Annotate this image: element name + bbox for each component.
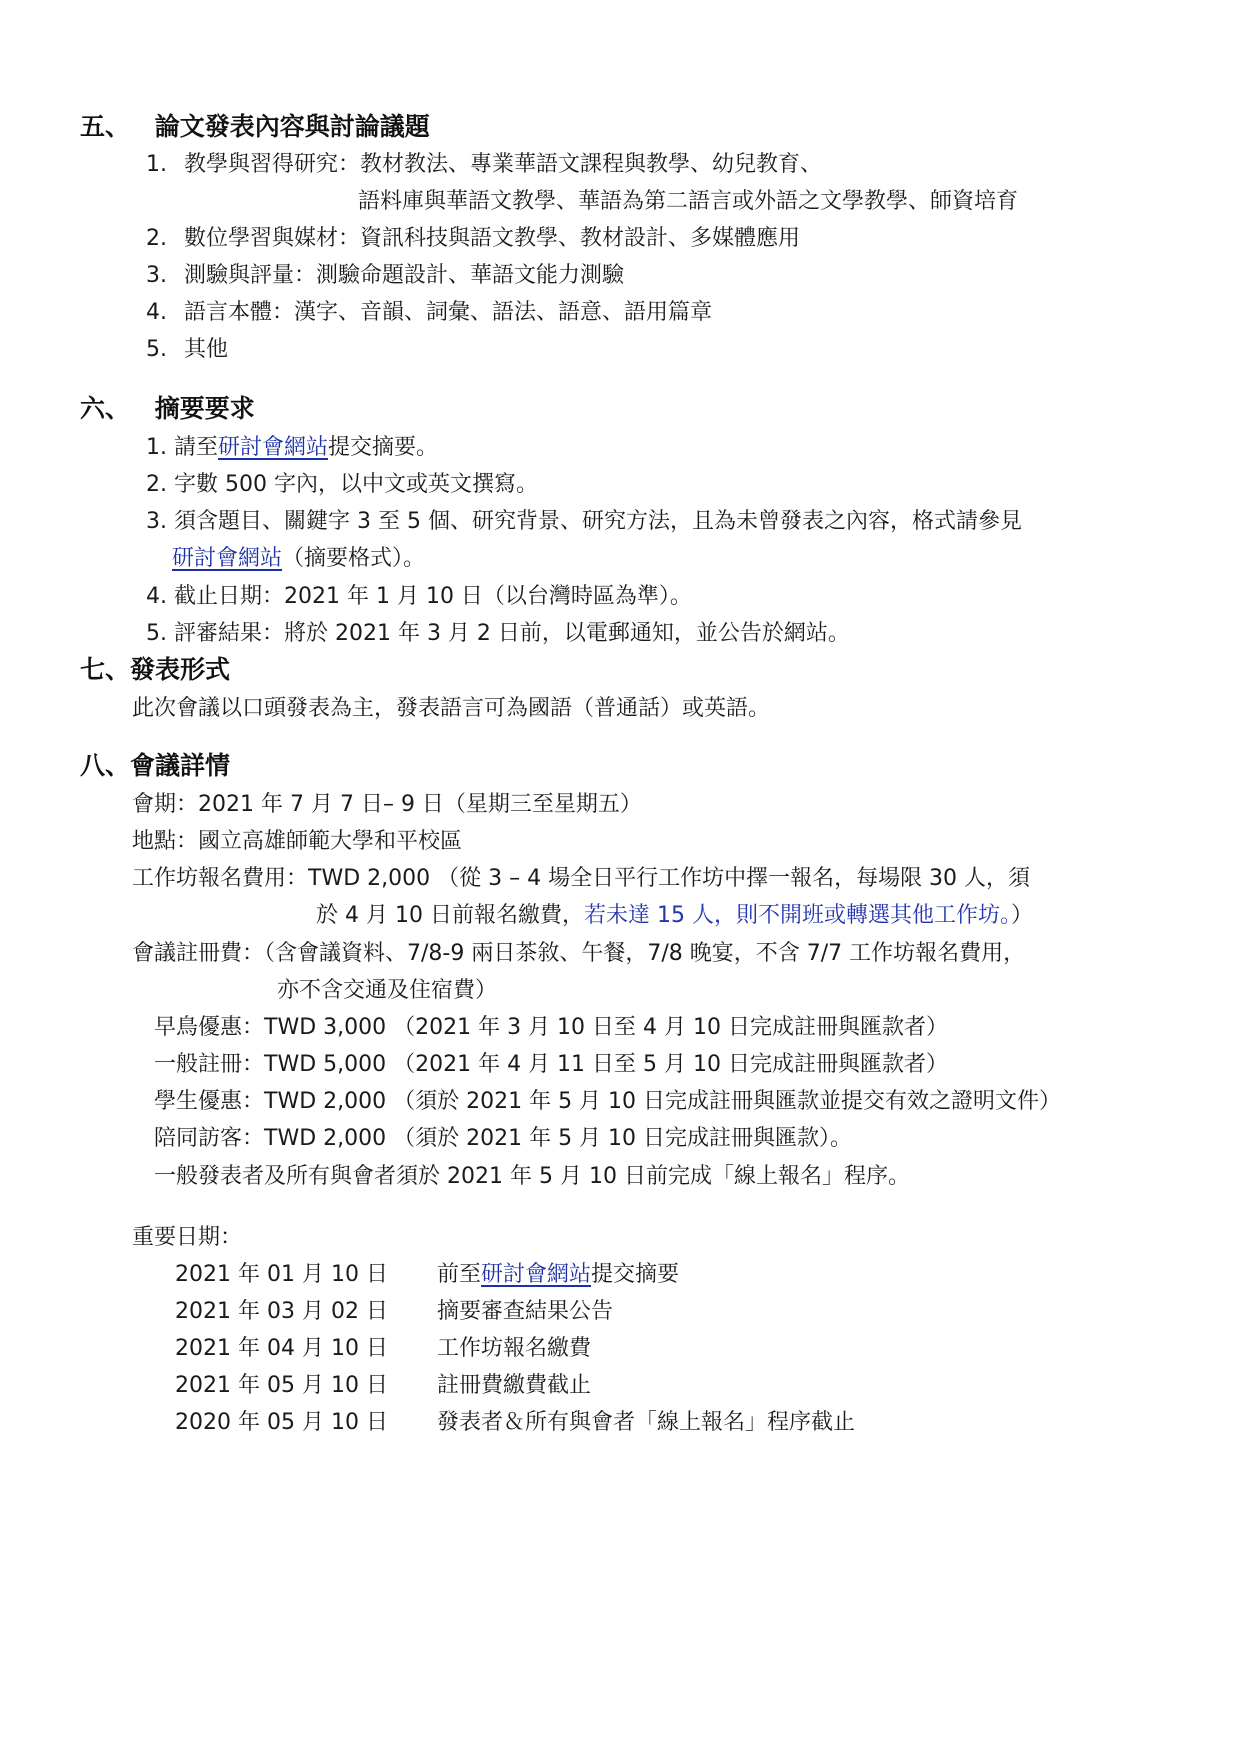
conference-website-link[interactable]: 研討會網站 bbox=[218, 435, 328, 460]
important-date-row: 2021 年 03 月 02 日摘要審查結果公告 bbox=[175, 1297, 613, 1327]
item-number: 4. bbox=[146, 300, 167, 325]
item-text: 教學與習得研究：教材教法、專業華語文課程與教學、幼兒教育、 bbox=[184, 152, 822, 177]
section-5-title: 論文發表內容與討論議題 bbox=[155, 112, 430, 141]
date-description: 摘要審查結果公告 bbox=[437, 1299, 613, 1324]
fee-student: 學生優惠：TWD 2,000 （須於 2021 年 5 月 10 日完成註冊與匯… bbox=[154, 1087, 1061, 1117]
list-item: 4. 語言本體：漢字、音韻、詞彙、語法、語意、語用篇章 bbox=[146, 298, 712, 328]
item-number: 2. bbox=[146, 226, 167, 251]
section-7-heading: 七、發表形式 bbox=[80, 655, 230, 685]
list-item: 3. 測驗與評量：測驗命題設計、華語文能力測驗 bbox=[146, 261, 624, 291]
section-7-body: 此次會議以口頭發表為主，發表語言可為國語（普通話）或英語。 bbox=[132, 694, 770, 724]
section-5-heading: 五、 論文發表內容與討論議題 bbox=[80, 112, 430, 142]
conference-venue: 地點：國立高雄師範大學和平校區 bbox=[132, 827, 462, 857]
date: 2020 年 05 月 10 日 bbox=[175, 1408, 437, 1438]
item-number: 3. bbox=[146, 263, 167, 288]
date-description: 註冊費繳費截止 bbox=[437, 1373, 591, 1398]
registration-fee-continuation: 亦不含交通及住宿費） bbox=[277, 976, 497, 1006]
item-text: 1. 請至 bbox=[146, 435, 218, 460]
date: 2021 年 01 月 10 日 bbox=[175, 1260, 437, 1290]
list-item: 1. 教學與習得研究：教材教法、專業華語文課程與教學、幼兒教育、 bbox=[146, 150, 822, 180]
item-text: 語言本體：漢字、音韻、詞彙、語法、語意、語用篇章 bbox=[184, 300, 712, 325]
list-item: 4. 截止日期：2021 年 1 月 10 日（以台灣時區為準）。 bbox=[146, 582, 692, 612]
item-number: 1. bbox=[146, 152, 167, 177]
date: 2021 年 03 月 02 日 bbox=[175, 1297, 437, 1327]
important-dates-label: 重要日期： bbox=[132, 1223, 242, 1253]
list-item-continuation: 語料庫與華語文教學、華語為第二語言或外語之文學教學、師資培育 bbox=[358, 187, 1018, 217]
registration-fee: 會議註冊費：（含會議資料、7/8-9 兩日茶敘、午餐，7/8 晚宴，不含 7/7… bbox=[132, 939, 1025, 969]
item-number: 5. bbox=[146, 337, 167, 362]
important-date-row: 2021 年 01 月 10 日前至研討會網站提交摘要 bbox=[175, 1260, 679, 1290]
important-date-row: 2021 年 04 月 10 日工作坊報名繳費 bbox=[175, 1334, 591, 1364]
conference-dates: 會期：2021 年 7 月 7 日– 9 日（星期三至星期五） bbox=[132, 790, 642, 820]
fee-general: 一般註冊：TWD 5,000 （2021 年 4 月 11 日至 5 月 10 … bbox=[154, 1050, 948, 1080]
list-item: 5. 評審結果：將於 2021 年 3 月 2 日前，以電郵通知，並公告於網站。 bbox=[146, 619, 850, 649]
list-item-continuation: 研討會網站（摘要格式）。 bbox=[172, 544, 425, 574]
section-6-title: 摘要要求 bbox=[155, 394, 255, 423]
section-5-number: 五、 bbox=[80, 112, 130, 141]
fee-early-bird: 早鳥優惠：TWD 3,000 （2021 年 3 月 10 日至 4 月 10 … bbox=[154, 1013, 948, 1043]
conference-website-link[interactable]: 研討會網站 bbox=[481, 1262, 591, 1287]
list-item: 2. 數位學習與媒材：資訊科技與語文教學、教材設計、多媒體應用 bbox=[146, 224, 800, 254]
conference-website-link[interactable]: 研討會網站 bbox=[172, 546, 282, 571]
item-text: 測驗與評量：測驗命題設計、華語文能力測驗 bbox=[184, 263, 624, 288]
date-description: 工作坊報名繳費 bbox=[437, 1336, 591, 1361]
date-description: 提交摘要 bbox=[591, 1262, 679, 1287]
item-text: （摘要格式）。 bbox=[282, 546, 425, 571]
closing-paren: ） bbox=[1011, 903, 1033, 928]
section-6-number: 六、 bbox=[80, 394, 130, 423]
date-description: 發表者＆所有與會者「線上報名」程序截止 bbox=[437, 1410, 855, 1435]
list-item: 5. 其他 bbox=[146, 335, 228, 365]
list-item: 2. 字數 500 字內，以中文或英文撰寫。 bbox=[146, 470, 538, 500]
fee-companion: 陪同訪客：TWD 2,000 （須於 2021 年 5 月 10 日完成註冊與匯… bbox=[154, 1124, 852, 1154]
workshop-fee: 工作坊報名費用：TWD 2,000 （從 3 – 4 場全日平行工作坊中擇一報名… bbox=[132, 864, 1030, 894]
online-registration-note: 一般發表者及所有與會者須於 2021 年 5 月 10 日前完成「線上報名」程序… bbox=[154, 1162, 910, 1192]
item-text: 提交摘要。 bbox=[328, 435, 438, 460]
list-item: 3. 須含題目、關鍵字 3 至 5 個、研究背景、研究方法，且為未曾發表之內容，… bbox=[146, 507, 1022, 537]
section-6-heading: 六、 摘要要求 bbox=[80, 394, 255, 424]
important-date-row: 2021 年 05 月 10 日註冊費繳費截止 bbox=[175, 1371, 591, 1401]
item-text: 數位學習與媒材：資訊科技與語文教學、教材設計、多媒體應用 bbox=[184, 226, 800, 251]
workshop-deadline-text: 於 4 月 10 日前報名繳費， bbox=[316, 903, 584, 928]
workshop-minimum-notice: 若未達 15 人，則不開班或轉選其他工作坊。 bbox=[584, 903, 1011, 928]
date-description: 前至 bbox=[437, 1262, 481, 1287]
date: 2021 年 05 月 10 日 bbox=[175, 1371, 437, 1401]
important-date-row: 2020 年 05 月 10 日發表者＆所有與會者「線上報名」程序截止 bbox=[175, 1408, 855, 1438]
date: 2021 年 04 月 10 日 bbox=[175, 1334, 437, 1364]
section-8-heading: 八、會議詳情 bbox=[80, 751, 230, 781]
item-text: 其他 bbox=[184, 337, 228, 362]
workshop-fee-continuation: 於 4 月 10 日前報名繳費，若未達 15 人，則不開班或轉選其他工作坊。） bbox=[316, 901, 1033, 931]
list-item: 1. 請至研討會網站提交摘要。 bbox=[146, 433, 438, 463]
